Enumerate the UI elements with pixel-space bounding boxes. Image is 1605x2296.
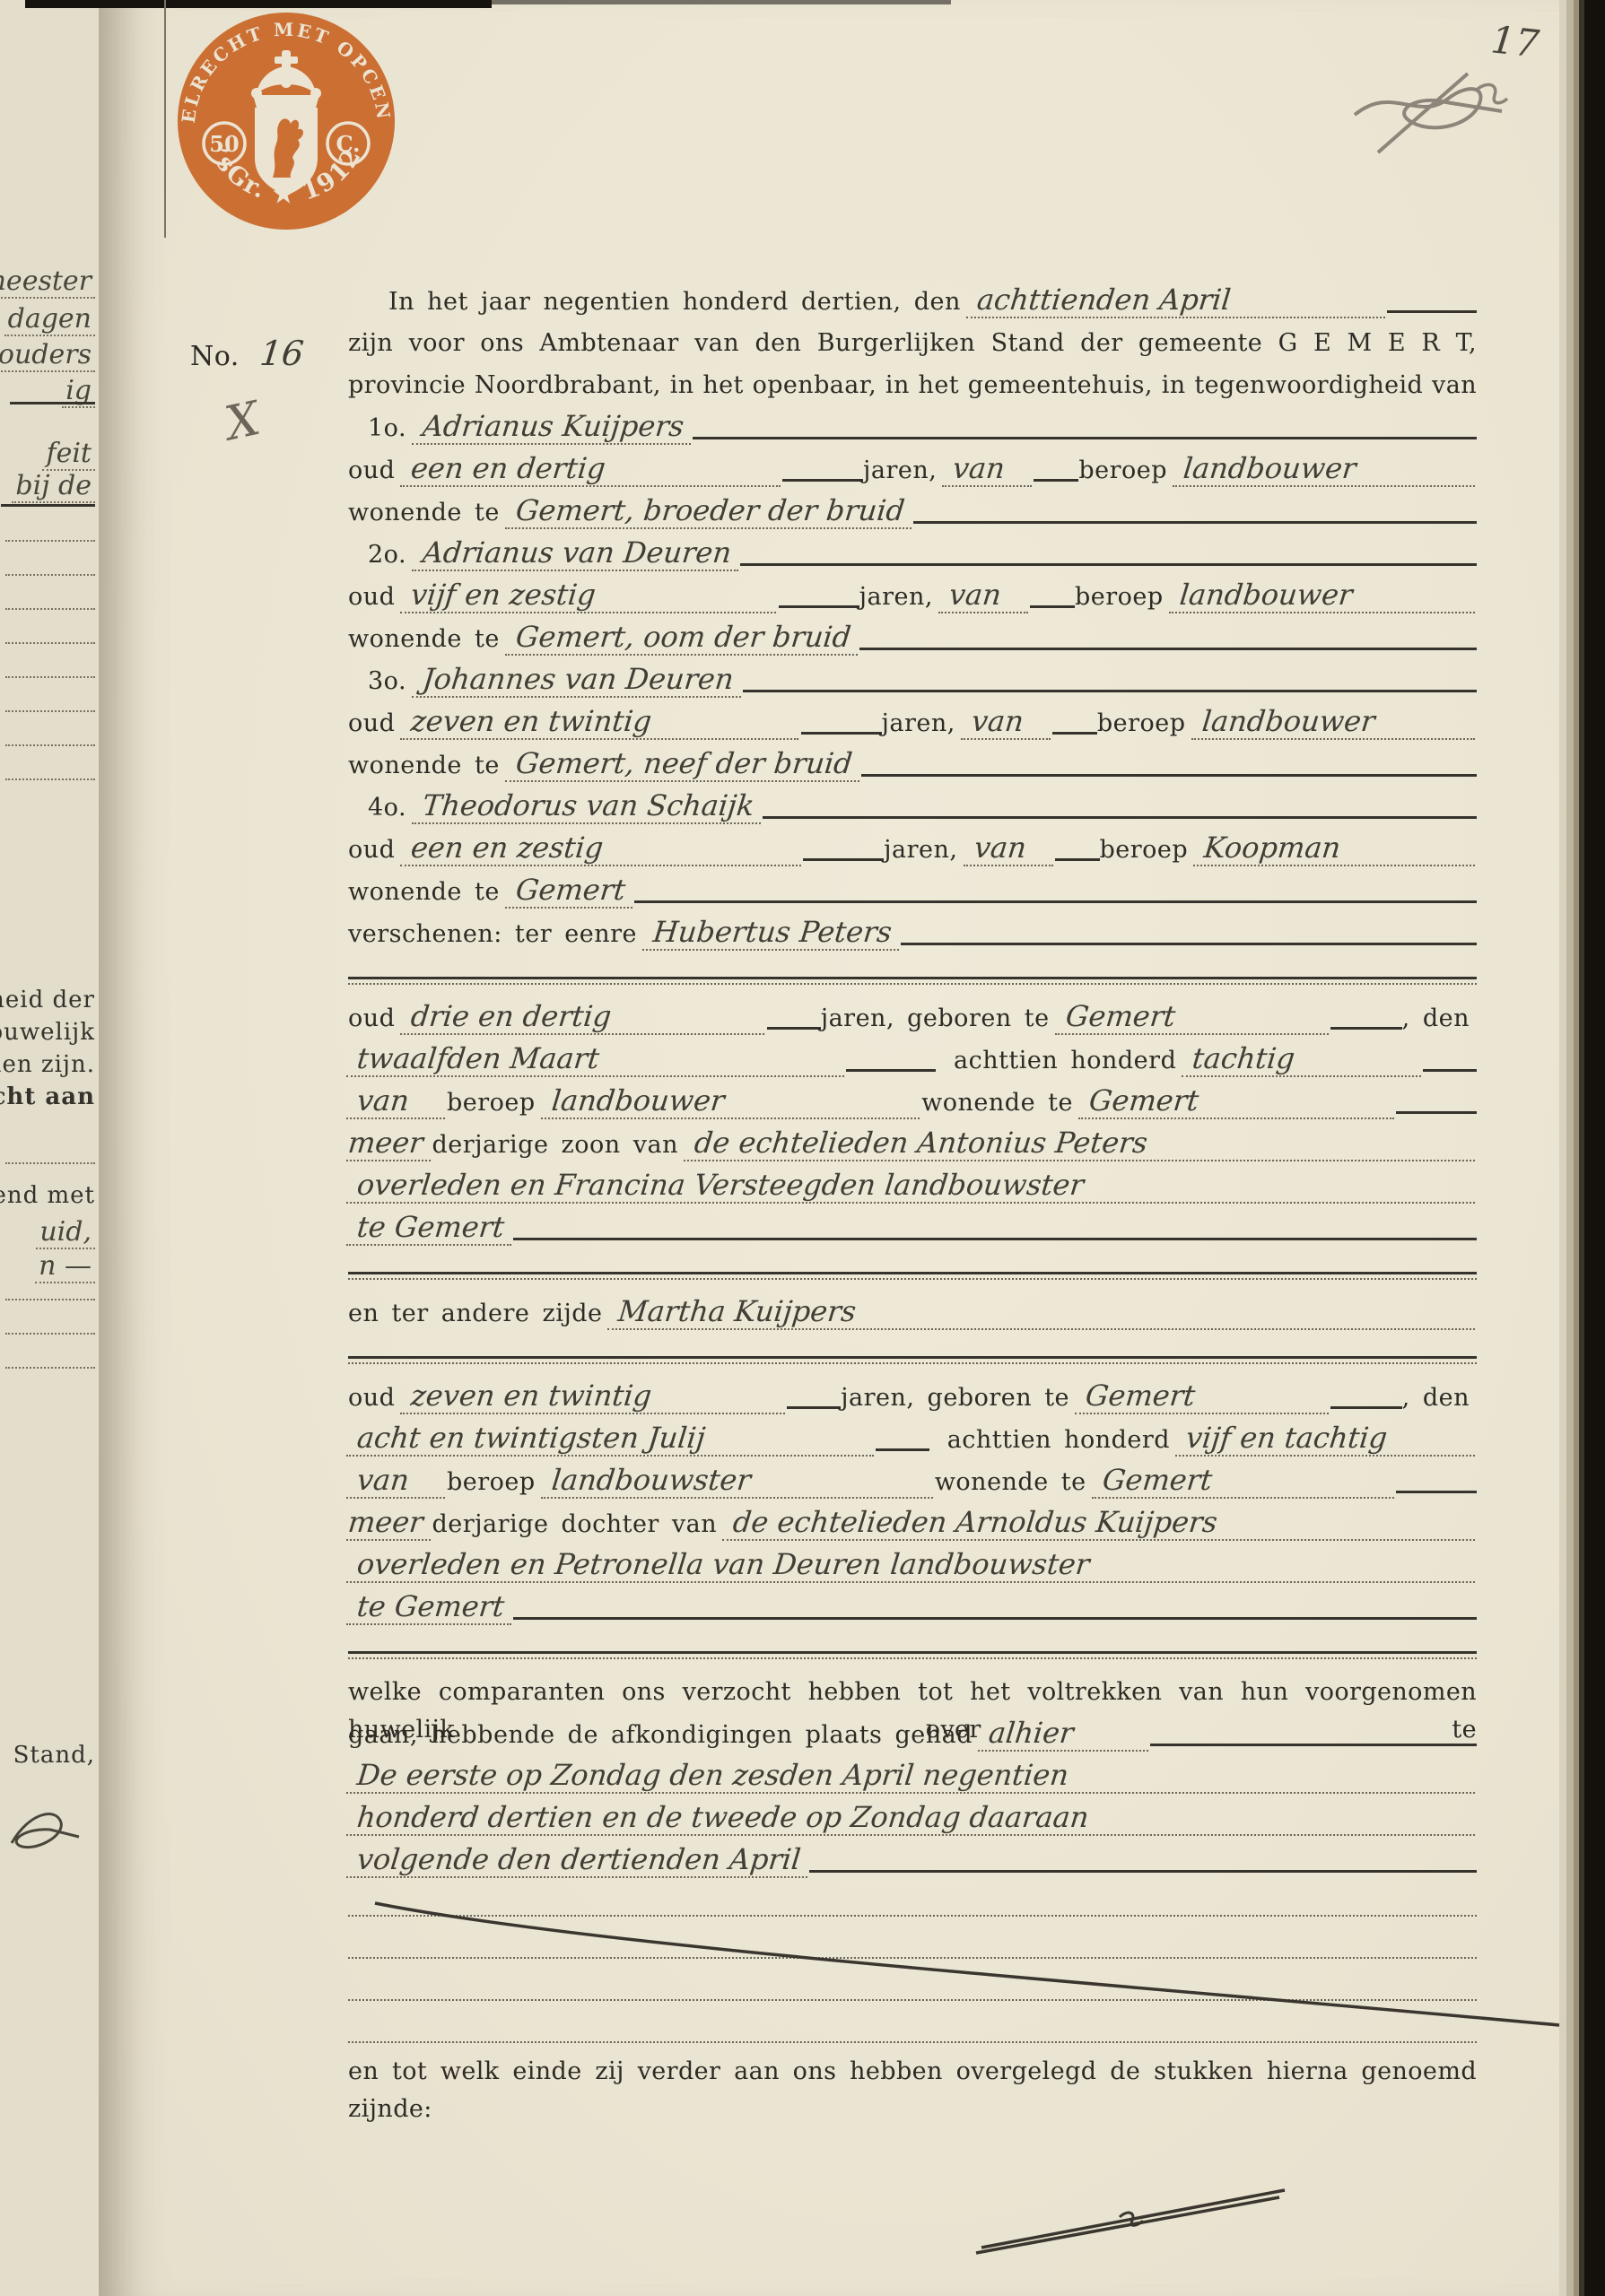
intro-line-2: zijn voor ons Ambtenaar van den Burgerli… [348,325,1477,367]
banns-line-1: De eerste op Zondag den zesden April neg… [348,1758,1477,1800]
banns-line-3: volgende den dertienden April [348,1842,1477,1884]
beroep-label: beroep [447,1468,543,1496]
act-text: In het jaar negentien honderd dertien, d… [348,283,1477,2095]
rule [803,858,884,861]
witness-1-residence: Gemert, broeder der bruid [505,493,915,529]
witness-4-occupation: Koopman [1193,831,1479,866]
bride-age-line: oud zeven en twintig jaren, geboren te G… [348,1378,1477,1421]
rule [1055,858,1100,861]
groom-parents-line-3: te Gemert [348,1210,1477,1252]
rule [767,1027,821,1030]
beroep-label: beroep [1075,583,1171,611]
witness-4-name: Theodorus van Schaijk [412,788,765,824]
separator [348,1631,1477,1674]
bride-name: Martha Kuijpers [607,1294,1479,1330]
rule [787,1406,841,1409]
margin-print-fragment: Stand, [13,1742,95,1769]
margin-print-fragment: ekend met [0,1182,95,1209]
den-label: , den [1402,1384,1477,1412]
geboren-label: jaren, geboren te [841,1384,1077,1412]
witness-1-occupation: landbouwer [1173,451,1479,487]
bride-parents-3: te Gemert [346,1589,515,1625]
margin-fragment: n — [35,1250,95,1283]
groom-parents-2: overleden en Francina Versteegden landbo… [346,1168,1479,1204]
bride-age: zeven en twintig [400,1378,789,1414]
witness-1-residence-line: wonende te Gemert, broeder der bruid [348,493,1477,535]
rule [513,1617,1477,1620]
rule [743,690,1477,692]
wonende-label: wonende te [348,625,507,653]
ordinal: 2o. [368,541,414,569]
rule [1030,605,1075,608]
witness-4-age: een en zestig [400,831,805,866]
beroep-label: beroep [1078,457,1174,484]
rule [801,732,882,735]
margin-print-fragment: echt aan [0,1083,95,1110]
groom-residence: Gemert [1078,1083,1398,1119]
margin-dotted-line [5,1162,95,1164]
binding-fold-line [164,0,166,238]
margin-dotted-line [5,574,95,576]
separator [348,957,1477,999]
bride-birthplace: Gemert [1075,1378,1332,1414]
banns-text-3: volgende den dertienden April [346,1842,812,1878]
witness-3-occupation: landbouwer [1191,704,1479,740]
rule [634,900,1477,903]
act-number-label: No. [190,341,247,372]
van-field: van [346,1463,449,1499]
margin-fragment: ouders [0,339,95,372]
groom-appearance-line: verschenen: ter eenre Hubertus Peters [348,915,1477,957]
rule [846,1069,936,1072]
rule [782,479,863,482]
bride-birthyear: vijf en tachtig [1175,1421,1479,1457]
achttien-honderd-label: achttien honderd [936,1047,1183,1074]
wonende-label: wonende te [935,1468,1094,1496]
bride-occupation: landbouwster [541,1463,937,1499]
closing-line-3: en tot welk einde zij verder aan ons heb… [348,2053,1477,2095]
margin-signature-flourish [7,1803,88,1865]
wonende-label: wonende te [921,1089,1080,1117]
banns-text-2: honderd dertien en de tweede op Zondag d… [346,1800,1479,1836]
bride-parents-2: overleden en Petronella van Deuren landb… [346,1547,1479,1583]
margin-dotted-line [5,710,95,712]
oud-label: oud [348,457,402,484]
rule [513,1238,1477,1240]
margin-dotted-line [5,540,95,542]
svg-text:50: 50 [209,131,239,157]
andere-zijde-label: en ter andere zijde [348,1300,609,1327]
groom-age-line: oud drie en dertig jaren, geboren te Gem… [348,999,1477,1041]
beroep-label: beroep [1100,836,1196,864]
van-field: van [346,1083,449,1119]
bride-birthdate-line: acht en twintigsten Julij achttien honde… [348,1421,1477,1463]
witness-2-residence-line: wonende te Gemert, oom der bruid [348,620,1477,662]
witness-3-residence-line: wonende te Gemert, neef der bruid [348,746,1477,788]
banns-line-2: honderd dertien en de tweede op Zondag d… [348,1800,1477,1842]
witness-2-age-line: oud vijf en zestig jaren, van beroep lan… [348,578,1477,620]
verschenen-label: verschenen: ter eenre [348,920,644,948]
separator [348,1336,1477,1378]
margin-dotted-line [5,676,95,678]
margin-rule [1,504,95,507]
rule [913,521,1477,524]
bride-parents-line-2: overleden en Petronella van Deuren landb… [348,1547,1477,1589]
groom-parents: de echtelieden Antonius Peters [684,1126,1479,1161]
bride-residence: Gemert [1092,1463,1399,1499]
rule [740,563,1477,566]
margin-dotted-line [5,1299,95,1300]
witness-1-age: een en dertig [400,451,784,487]
margin-print-fragment: trouwelijk [0,1019,95,1046]
jaren-label: jaren, [859,583,940,611]
witness-2-name: Adrianus van Deuren [412,535,742,571]
witness-3-residence: Gemert, neef der bruid [505,746,863,782]
margin-print-fragment: gheid der [0,987,95,1013]
van-field: van [942,451,1035,487]
wonende-label: wonende te [348,499,507,526]
van-field: van [938,578,1032,613]
separator [348,1252,1477,1294]
bride-parents-line: meer derjarige dochter van de echteliede… [348,1505,1477,1547]
afkondigingen-label: gaan, hebbende de afkondigingen plaats g… [348,1721,980,1749]
rule [1423,1069,1477,1072]
geboren-label: jaren, geboren te [821,1004,1057,1032]
groom-age: drie en dertig [400,999,768,1035]
witness-4-residence: Gemert [505,873,636,909]
margin-rule [10,402,95,404]
wonende-label: wonende te [348,878,507,906]
groom-parents-line-2: overleden en Francina Versteegden landbo… [348,1168,1477,1210]
witness-2-occupation: landbouwer [1169,578,1479,613]
act-number-value: 16 [249,334,315,373]
margin-dotted-line [5,1333,95,1335]
rule [1330,1027,1402,1030]
oud-label: oud [348,1384,402,1412]
rule [779,605,859,608]
closing-line-1: welke comparanten ons verzocht hebben to… [348,1674,1477,1716]
den-label: , den [1402,1004,1477,1032]
page-top-edge [492,0,951,4]
groom-occupation: landbouwer [541,1083,924,1119]
achttien-honderd-label: achttien honderd [929,1426,1177,1454]
witness-1-age-line: oud een en dertig jaren, van beroep land… [348,451,1477,493]
groom-parents-3: te Gemert [346,1210,515,1246]
rule [861,774,1477,777]
rule [1330,1406,1402,1409]
beroep-label: beroep [447,1089,543,1117]
groom-parents-line: meer derjarige zoon van de echtelieden A… [348,1126,1477,1168]
ordinal: 3o. [368,667,414,695]
groom-name: Hubertus Peters [642,915,903,951]
witness-2-age: vijf en zestig [400,578,780,613]
oud-label: oud [348,583,402,611]
bride-appearance-line: en ter andere zijde Martha Kuijpers [348,1294,1477,1336]
witness-2-residence: Gemert, oom der bruid [505,620,862,656]
revenue-stamp-icon: ZEGELRECHT MET OPCENTEN ’sGr. ★ 1912 50 … [170,7,402,242]
witness-3-age-line: oud zeven en twintig jaren, van beroep l… [348,704,1477,746]
witness-1-name: Adrianus Kuijpers [412,409,694,445]
facing-page-edge: gemeester dagen ouders ig feit bij de gh… [0,0,99,2296]
margin-fragment: gemeester [0,265,95,299]
groom-birthdate: twaalfden Maart [346,1041,848,1077]
jaren-label: jaren, [882,709,963,737]
rule [859,648,1477,650]
pencil-paraph-icon [1342,59,1540,167]
margin-dotted-line [5,1367,95,1369]
rule [1034,479,1078,482]
meer-field: meer [346,1126,434,1161]
margin-dotted-line [5,744,95,746]
witness-1-name-line: 1o. Adrianus Kuijpers [348,409,1477,451]
closing-flourish [969,2170,1301,2260]
margin-fragment: feit [42,438,95,471]
bride-parents: de echtelieden Arnoldus Kuijpers [722,1505,1479,1541]
witness-3-name-line: 3o. Johannes van Deuren [348,662,1477,704]
groom-birthyear: tachtig [1182,1041,1425,1077]
rule [1396,1491,1477,1493]
van-field: van [963,831,1056,866]
act-number: No. 16 [190,334,312,373]
witness-4-name-line: 4o. Theodorus van Schaijk [348,788,1477,831]
witness-4-residence-line: wonende te Gemert [348,873,1477,915]
meer-field: meer [346,1505,434,1541]
ordinal: 1o. [368,414,414,442]
witness-4-age-line: oud een en zestig jaren, van beroep Koop… [348,831,1477,873]
van-field: van [961,704,1054,740]
intro-line-3: provincie Noordbrabant, in het openbaar,… [348,367,1477,409]
banns-text-1: De eerste op Zondag den zesden April neg… [346,1758,1479,1794]
rule [763,816,1477,819]
intro-line-1-print: In het jaar negentien honderd dertien, d… [388,288,968,316]
oud-label: oud [348,709,402,737]
rule [1396,1111,1477,1114]
witness-3-name: Johannes van Deuren [412,662,745,698]
groom-birthdate-line: twaalfden Maart achttien honderd tachtig [348,1041,1477,1083]
margin-print-fragment: nden zijn. [0,1051,95,1078]
wonende-label: wonende te [348,752,507,779]
margin-dotted-line [5,778,95,780]
rule [1387,310,1477,313]
ordinal: 4o. [368,794,414,822]
margin-dotted-line [5,608,95,610]
intro-line-1: In het jaar negentien honderd dertien, d… [348,283,1477,325]
margin-fragment: bij de [12,470,95,503]
witness-2-name-line: 2o. Adrianus van Deuren [348,535,1477,578]
witness-3-age: zeven en twintig [400,704,802,740]
jaren-label: jaren, [863,457,944,484]
oud-label: oud [348,1004,402,1032]
rule [809,1870,1477,1873]
alhier-field: alhier [978,1716,1152,1752]
rule [901,943,1477,945]
oud-label: oud [348,836,402,864]
jaren-label: jaren, [884,836,964,864]
bride-birthdate: acht en twintigsten Julij [346,1421,877,1457]
bride-parents-line-3: te Gemert [348,1589,1477,1631]
marriage-date-field: achttienden April [966,283,1389,318]
rule [1150,1744,1477,1746]
bride-occupation-line: van beroep landbouwster wonende te Gemer… [348,1463,1477,1505]
svg-text:C.: C. [336,131,360,157]
rule [693,437,1477,439]
rule [1052,732,1097,735]
derjarige-dochter-label: derjarige dochter van [432,1510,725,1538]
groom-occupation-line: van beroep landbouwer wonende te Gemert [348,1083,1477,1126]
derjarige-zoon-label: derjarige zoon van [432,1131,685,1159]
rule [876,1448,929,1451]
margin-fragment: uid, [36,1216,95,1249]
beroep-label: beroep [1097,709,1193,737]
groom-birthplace: Gemert [1055,999,1332,1035]
margin-fragment: dagen [4,303,95,336]
strikeout-line [359,1883,1570,2045]
margin-dotted-line [5,642,95,644]
